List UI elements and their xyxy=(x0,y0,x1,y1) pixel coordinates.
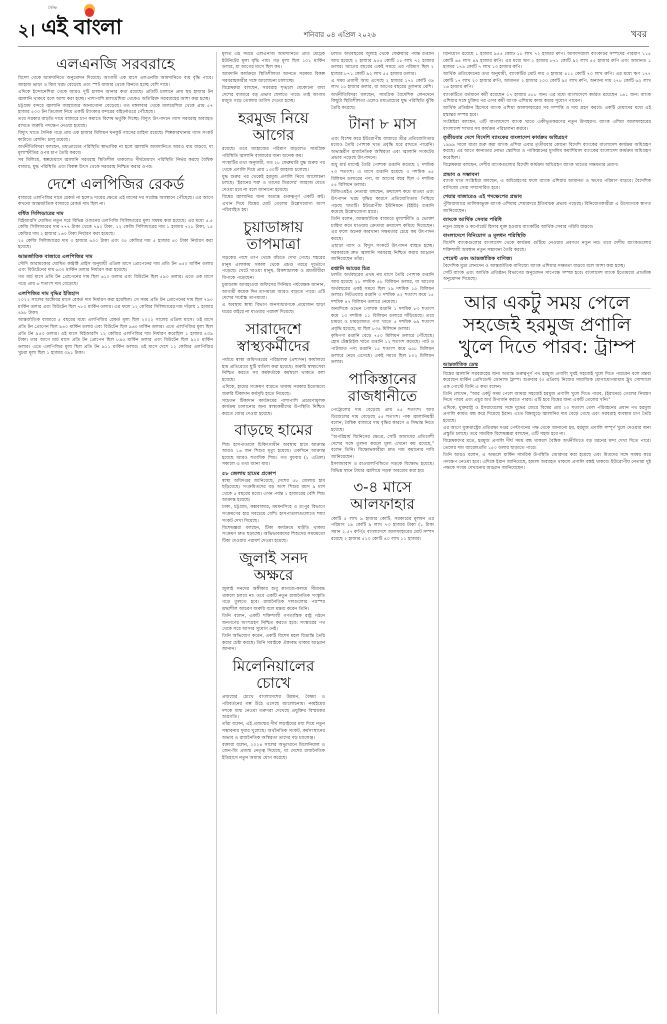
article-body: বিনিয়োগ রয়েছে ১ হাজার ৯৫৫ কোটি ১৮ লাখ … xyxy=(443,52,651,284)
column-left: এলএনজি সরবরাহে বিদেশ থেকে আমদানিতে অনুমো… xyxy=(18,52,213,1016)
paragraph: পেট্রোলের দাম বেড়েছে প্রায় ৪৫ শতাংশ। আ… xyxy=(331,408,434,434)
subheading: শেয়ার বাজারেও এই পদক্ষেপের প্রভাব xyxy=(443,194,651,201)
paragraph: শুধু মার্চ মাসেই তৈরি পোশাক রপ্তানি কমেছ… xyxy=(331,163,434,189)
paragraph: বিজিএমইএ নেতারা বলছেন, ক্রয়াদেশ কমে যাও… xyxy=(331,190,434,216)
headline: সারাদেশে স্বাস্থ্যকর্মীদের xyxy=(222,321,325,356)
paragraph: তবে সরকার বাড়তি দামে বাজারে চাপ কমাতে ব… xyxy=(18,117,213,130)
paragraph: এবং বিশেষ করে ইউরোপীয় বাজারে তীব্র প্রত… xyxy=(331,137,434,163)
paragraph: বিশ্লেষকরা বলছেন, সরবরাহ শৃঙ্খলে যেকোনো … xyxy=(222,86,325,106)
subheading: আন্তর্জাতিক বাজারে এলপিজির দাম xyxy=(18,254,213,261)
paragraph: এ অবস্থায় স্বাস্থ্য বিভাগ জনসাধারণকে প্… xyxy=(222,303,325,316)
section-label: খবর xyxy=(631,27,647,42)
paragraph: আমদানি কার্যক্রমে স্থিতিশীলতা আনতে সরকার… xyxy=(222,72,325,85)
paragraph: সচেতন টিকাদান কার্যক্রমের পাশাপাশি প্রচা… xyxy=(222,399,325,419)
article-lng-supply: এলএনজি সরবরাহে বিদেশ থেকে আমদানিতে অনুমো… xyxy=(18,56,213,172)
article-body: বিদেশ থেকে আমদানিতে অনুমোদন দিয়েছে। আগা… xyxy=(18,76,213,171)
paragraph: এছাড়া গ্যাস ও বিদ্যুৎ সংকটে উৎপাদন ব্যা… xyxy=(331,244,434,264)
column-middle: মূলত এই সময়ে এলএনজি আমদানিতে প্রতি মেট্… xyxy=(222,52,434,1016)
paragraph: বিশ্লেষকদের মতে, হরমুজ প্রণালি দীর্ঘ সময… xyxy=(443,439,651,452)
subheading: বাংলাদেশে বিনিয়োগ ও মূলধন পরিস্থিতি xyxy=(443,233,651,240)
paragraph: পর্যায়ে স্বাস্থ্য অধিদপ্তরের পরিচালক (প… xyxy=(222,358,325,384)
paragraph: জুলাই সনদের অঙ্গীকার শুধু কাগজে-কলমে সীম… xyxy=(222,587,325,613)
byline: আন্তর্জাতিক ডেস্ক xyxy=(443,362,651,370)
column-right: বিনিয়োগ রয়েছে ১ হাজার ৯৫৫ কোটি ১৮ লাখ … xyxy=(443,52,651,1016)
paragraph: চুয়াডাঙ্গা আবহাওয়া অফিসের সিনিয়র পর্য… xyxy=(222,283,325,303)
subheading: প্রভাব ও সম্ভাবনা xyxy=(443,172,651,179)
divider xyxy=(443,288,651,289)
paragraph: অন্যদিকে ওভেন পোশাক রপ্তানি ১ দশমিক ৮৩ শ… xyxy=(331,307,434,333)
paragraph: ২৫ কেজি সিলিন্ডারের দাম ৩ হাজার ৬০০ টাকা… xyxy=(18,239,213,252)
paragraph: ইসলামাবাদ ও রাওয়ালপিন্ডিতে সড়কে বিক্ষো… xyxy=(331,462,434,475)
dateline: শনিবার ০৪ এপ্রিল ২০২৬ xyxy=(304,29,376,41)
headline: চুয়াডাঙ্গায় তাপমাত্রা xyxy=(222,219,325,254)
paragraph: এদিকে, হামের সংক্রমণ বাড়তে থাকায় সরকার… xyxy=(222,385,325,398)
article-body: চলতি অর্থবছরের জুলাই থেকে ফেব্রুয়ারি পর… xyxy=(331,52,434,112)
headline: টানা ৮ মাস xyxy=(331,116,434,133)
article-body: সড়কের পাশে তাপ থেকে বাঁচতে দেখা গেছে। শ… xyxy=(222,256,325,316)
article-body: বিশ্বের জ্বালানি সরবরাহের জন্য অত্যন্ত গ… xyxy=(443,372,651,473)
subheading: রপ্তানি আয়ের চিত্র xyxy=(331,266,434,273)
paragraph: সৌদি আরামকোর ঘোষিত কন্ট্রাক্ট প্রাইস অনু… xyxy=(18,262,213,275)
article-lpg-record: দেশে এলপিজির রেকর্ড বাজারে এলপিজির দামে … xyxy=(18,176,213,358)
logo-text: এই বাংলা xyxy=(41,15,121,39)
newspaper-logo: দৈনিক এই বাংলা xyxy=(41,11,121,46)
subheading: পেমেন্ট এবং আন্তর্জাতিক বাণিজ্য xyxy=(443,256,651,263)
article-trump-hormuz: আর একটু সময় পেলে সহজেই হরমুজ প্রণালি খু… xyxy=(443,293,651,473)
paragraph: আন্তর্জাতিক বাজারে ৫ বছরের মধ্যে এলপিজির… xyxy=(18,318,213,358)
paragraph: বাজারে এলপিজির দামে রেকর্ড না হলেও দামের… xyxy=(18,196,213,209)
paragraph: অর্থনীতিবিদরা বলছেন, সামগ্রিক বৈদেশিক লে… xyxy=(331,93,434,113)
paragraph: সংশ্লিষ্টরা বলছেন, এটি বাংলাদেশে ব্যাংক … xyxy=(443,120,651,133)
middle-subcolumn-b: চলতি অর্থবছরের জুলাই থেকে ফেব্রুয়ারি পর… xyxy=(331,52,434,1016)
paragraph: আর্থিক প্রতিবেদনের তথ্য অনুযায়ী, ব্যাংক… xyxy=(443,72,651,92)
paragraph: আর্থিক প্রতিষ্ঠান হিসেবে ব্যাংক এশিয়া আ… xyxy=(443,106,651,119)
paragraph: বিশ্লেষকরা বলছেন, দেশীয় ব্যাংকগুলোর বিদ… xyxy=(443,163,651,170)
paragraph: অর্থনীতিবিদরা বলছেন, মধ্যপ্রাচ্যের পরিস্… xyxy=(18,145,213,158)
paragraph: প্রজন্মের চোখে বাংলাদেশের উন্নয়ন, বৈষম্… xyxy=(222,695,325,721)
paragraph: "অপরিহার্য জিনিসের ক্ষেত্রে, সেটি আমাদের… xyxy=(331,435,434,461)
paragraph: তিনি আরও বলেন, এ অঞ্চলে মার্কিন সামরিক উ… xyxy=(443,453,651,473)
article-body: এবং বিশেষ করে ইউরোপীয় বাজারে তীব্র প্রত… xyxy=(331,137,434,367)
paragraph: ব্যাংক খাত সংশ্লিষ্টরা বলছেন, এ অধিগ্রহণ… xyxy=(443,179,651,192)
article-body: মূলত এই সময়ে এলএনজি আমদানিতে প্রতি মেট্… xyxy=(222,52,325,106)
paragraph: এর আগে যুক্তরাষ্ট্রের প্রতিরক্ষা দপ্তর প… xyxy=(443,426,651,439)
headline: ৩-৪ মাসে আলফাহার xyxy=(331,479,434,514)
paragraph: বিদেশি ব্যাংকগুলোর বাংলাদেশ থেকে কার্যক্… xyxy=(443,241,651,254)
paragraph: সব মিলিয়ে, স্বল্পমেয়াদে জ্বালানি সরবরা… xyxy=(18,158,213,171)
paragraph: তিনি অভিযোগ করেন, একটি বিশেষ মহল বিভ্রান… xyxy=(222,634,325,654)
paragraph: বিদেশ থেকে আমদানিতে অনুমোদন দিয়েছে। আগা… xyxy=(18,76,213,89)
paragraph: বক্তারা বলেন, ২০২৪ সালের অভ্যুত্থানে মিল… xyxy=(222,743,325,763)
headline: হরমুজ নিয়ে আগের xyxy=(222,110,325,145)
paragraph: যুদ্ধ শুরুর পর থেকেই হরমুজ প্রণালি নিয়ে… xyxy=(222,175,325,195)
paragraph: বিদ্যুৎ খাতে দৈনিক গড়ে প্রায় এক হাজার … xyxy=(18,131,213,144)
paragraph: সড়কের পাশে তাপ থেকে বাঁচতে দেখা গেছে। শ… xyxy=(222,256,325,282)
paragraph: গত মার্চ মাসে প্রতি টন প্রোপেনের দাম ছিল… xyxy=(18,275,213,288)
article-body: প্রজন্মের চোখে বাংলাদেশের উন্নয়ন, বৈষম্… xyxy=(222,695,325,762)
logo-tagline: দৈনিক xyxy=(48,5,57,12)
paragraph: তিনি বলেন, আন্তর্জাতিক বাজারে মূল্যস্ফীত… xyxy=(331,217,434,243)
article-body: বাজারে এলপিজির দামে রেকর্ড না হলেও দামের… xyxy=(18,196,213,358)
paragraph: নতুন গ্রাহক ও কর্পোরেট হিসাব যুক্ত হওয়া… xyxy=(443,225,651,232)
headline: জুলাই সনদ অক্ষরে xyxy=(222,550,325,585)
paragraph: এ সময় প্রবাসী আয় এসেছে ২ হাজার ১৭২ কোট… xyxy=(331,79,434,92)
paragraph: বিশেষজ্ঞরা বলছেন, টিকা কার্যক্রমে ঘাটতি … xyxy=(222,526,325,546)
subheading: এলপিজির দাম বৃদ্ধির ইতিহাস xyxy=(18,291,213,298)
middle-subcolumn-a: মূলত এই সময়ে এলএনজি আমদানিতে প্রতি মেট্… xyxy=(222,52,325,1016)
paragraph: ব্যাংকটিতে বর্তমানে কর্মী রয়েছেন ১৭ হাজ… xyxy=(443,93,651,106)
headline: দেশে এলপিজির রেকর্ড xyxy=(18,176,213,193)
column-divider xyxy=(438,52,439,1014)
paragraph: কোটি ৫ লাখ ৯ হাজার কোটি, সরকারের মূলধন এ… xyxy=(331,517,434,543)
paragraph: স্বাস্থ্য অধিদপ্তর জানিয়েছে, দেশের ৫৮ জ… xyxy=(222,479,325,505)
paragraph: তাঁরা বলেন, এই প্রজন্মের দীর্ঘ লড়াইয়ের… xyxy=(222,722,325,742)
paragraph: সেটি ব্যাংক এবং আর্থিক প্রতিষ্ঠান বিভাগে… xyxy=(443,271,651,284)
paragraph: চট্টগ্রাম বন্দরে জ্বালানি জাহাজের আনাগোন… xyxy=(18,104,213,117)
paragraph: এদিকে, যুক্তরাষ্ট্র ও ইসরায়েলের সঙ্গে য… xyxy=(443,406,651,426)
page-number: ২। xyxy=(18,18,35,46)
paragraph: চলতি অর্থবছরের জুলাই থেকে ফেব্রুয়ারি পর… xyxy=(331,52,434,78)
headline: আর একটু সময় পেলে সহজেই হরমুজ প্রণালি খু… xyxy=(443,293,651,359)
paragraph: কৃষিপণ্য রপ্তানি বেড়ে ৭৫০ মিলিয়ন ডলারে… xyxy=(331,334,434,367)
headline: এলএনজি সরবরাহে xyxy=(18,56,213,73)
headline: পাকিস্তানের রাজধানীতে xyxy=(331,371,434,406)
article-body: রয়েছে। তবে জাহাজের পরিমাণ বাড়লেও সামগ্… xyxy=(222,147,325,214)
paragraph: মূলত এই সময়ে এলএনজি আমদানিতে প্রতি মেট্… xyxy=(222,52,325,72)
paragraph: শিশু হাসপাতালে চিকিৎসাধীন অবস্থায় হামে … xyxy=(222,443,325,469)
subheading: ব্যাংকে আর্থিক সেবার পরিধি xyxy=(443,217,651,224)
paragraph: ১৯৯৯ সালে যাত্রা শুরু করা ব্যাংক এশিয়া … xyxy=(443,143,651,163)
headline: বাড়ছে হামের xyxy=(222,422,325,439)
subheading: বর্ধিত সিলিন্ডারের দাম xyxy=(18,211,213,218)
article-body: শিশু হাসপাতালে চিকিৎসাধীন অবস্থায় হামে … xyxy=(222,443,325,546)
paragraph: এদিকে ইন্দোনেশিয়া থেকে আরও দুটি চালান আ… xyxy=(18,90,213,103)
paragraph: চলতি অর্থবছরের প্রথম নয় মাসে তৈরি পোশাক… xyxy=(331,273,434,306)
paragraph: তিনি লেখেন, "আর একটু সময় পেলে আমরা সহজে… xyxy=(443,392,651,405)
column-divider xyxy=(216,52,217,1014)
paragraph: বিশ্বের জ্বালানি সরবরাহের জন্য অত্যন্ত গ… xyxy=(443,372,651,392)
headline: মিলেনিয়ালের চোখে xyxy=(222,658,325,693)
article-body: কোটি ৫ লাখ ৯ হাজার কোটি, সরকারের মূলধন এ… xyxy=(331,517,434,543)
subheading: তৃতীয়বার দেশে বিদেশি ব্যাংকের বাংলাদেশ … xyxy=(443,135,651,142)
article-body: পেট্রোলের দাম বেড়েছে প্রায় ৪৫ শতাংশ। আ… xyxy=(331,408,434,475)
paragraph: সংস্থাটির তথ্য অনুযায়ী, গত ২৮ ফেব্রুয়া… xyxy=(222,161,325,174)
article-body: পর্যায়ে স্বাস্থ্য অধিদপ্তরের পরিচালক (প… xyxy=(222,358,325,418)
paragraph: ঢাকা, চট্টগ্রাম, কক্সবাজার, ময়মনসিংহ ও … xyxy=(222,505,325,525)
paragraph: বিশ্বের জ্বালানির জন্য অত্যন্ত গুরুত্বপূ… xyxy=(222,195,325,215)
subheading: ৫৮ জেলায় হামের প্রকোপ xyxy=(222,471,325,478)
paragraph: পুঁজিবাজারে তালিকাভুক্ত ব্যাংক এশিয়ার শ… xyxy=(443,202,651,215)
article-body: জুলাই সনদের অঙ্গীকার শুধু কাগজে-কলমে সীম… xyxy=(222,587,325,654)
masthead: ২। দৈনিক এই বাংলা শনিবার ০৪ এপ্রিল ২০২৬ … xyxy=(18,20,649,47)
paragraph: ২০২২ সালের অক্টোবর মাসে রেকর্ড দাম নির্ধ… xyxy=(18,298,213,318)
paragraph: বিইআরসি ঘোষিত নতুন দরে বিভিন্ন ওজনের এলপ… xyxy=(18,219,213,239)
paragraph: রয়েছে। তবে জাহাজের পরিমাণ বাড়লেও সামগ্… xyxy=(222,147,325,160)
paragraph: বৈদেশিক মুদ্রা লেনদেন ও আন্তর্জাতিক বাণি… xyxy=(443,264,651,271)
paragraph: বিনিয়োগ রয়েছে ১ হাজার ৯৫৫ কোটি ১৮ লাখ … xyxy=(443,52,651,72)
paragraph: তিনি বলেন, একটি শক্তিশালী গণতান্ত্রিক রা… xyxy=(222,614,325,634)
